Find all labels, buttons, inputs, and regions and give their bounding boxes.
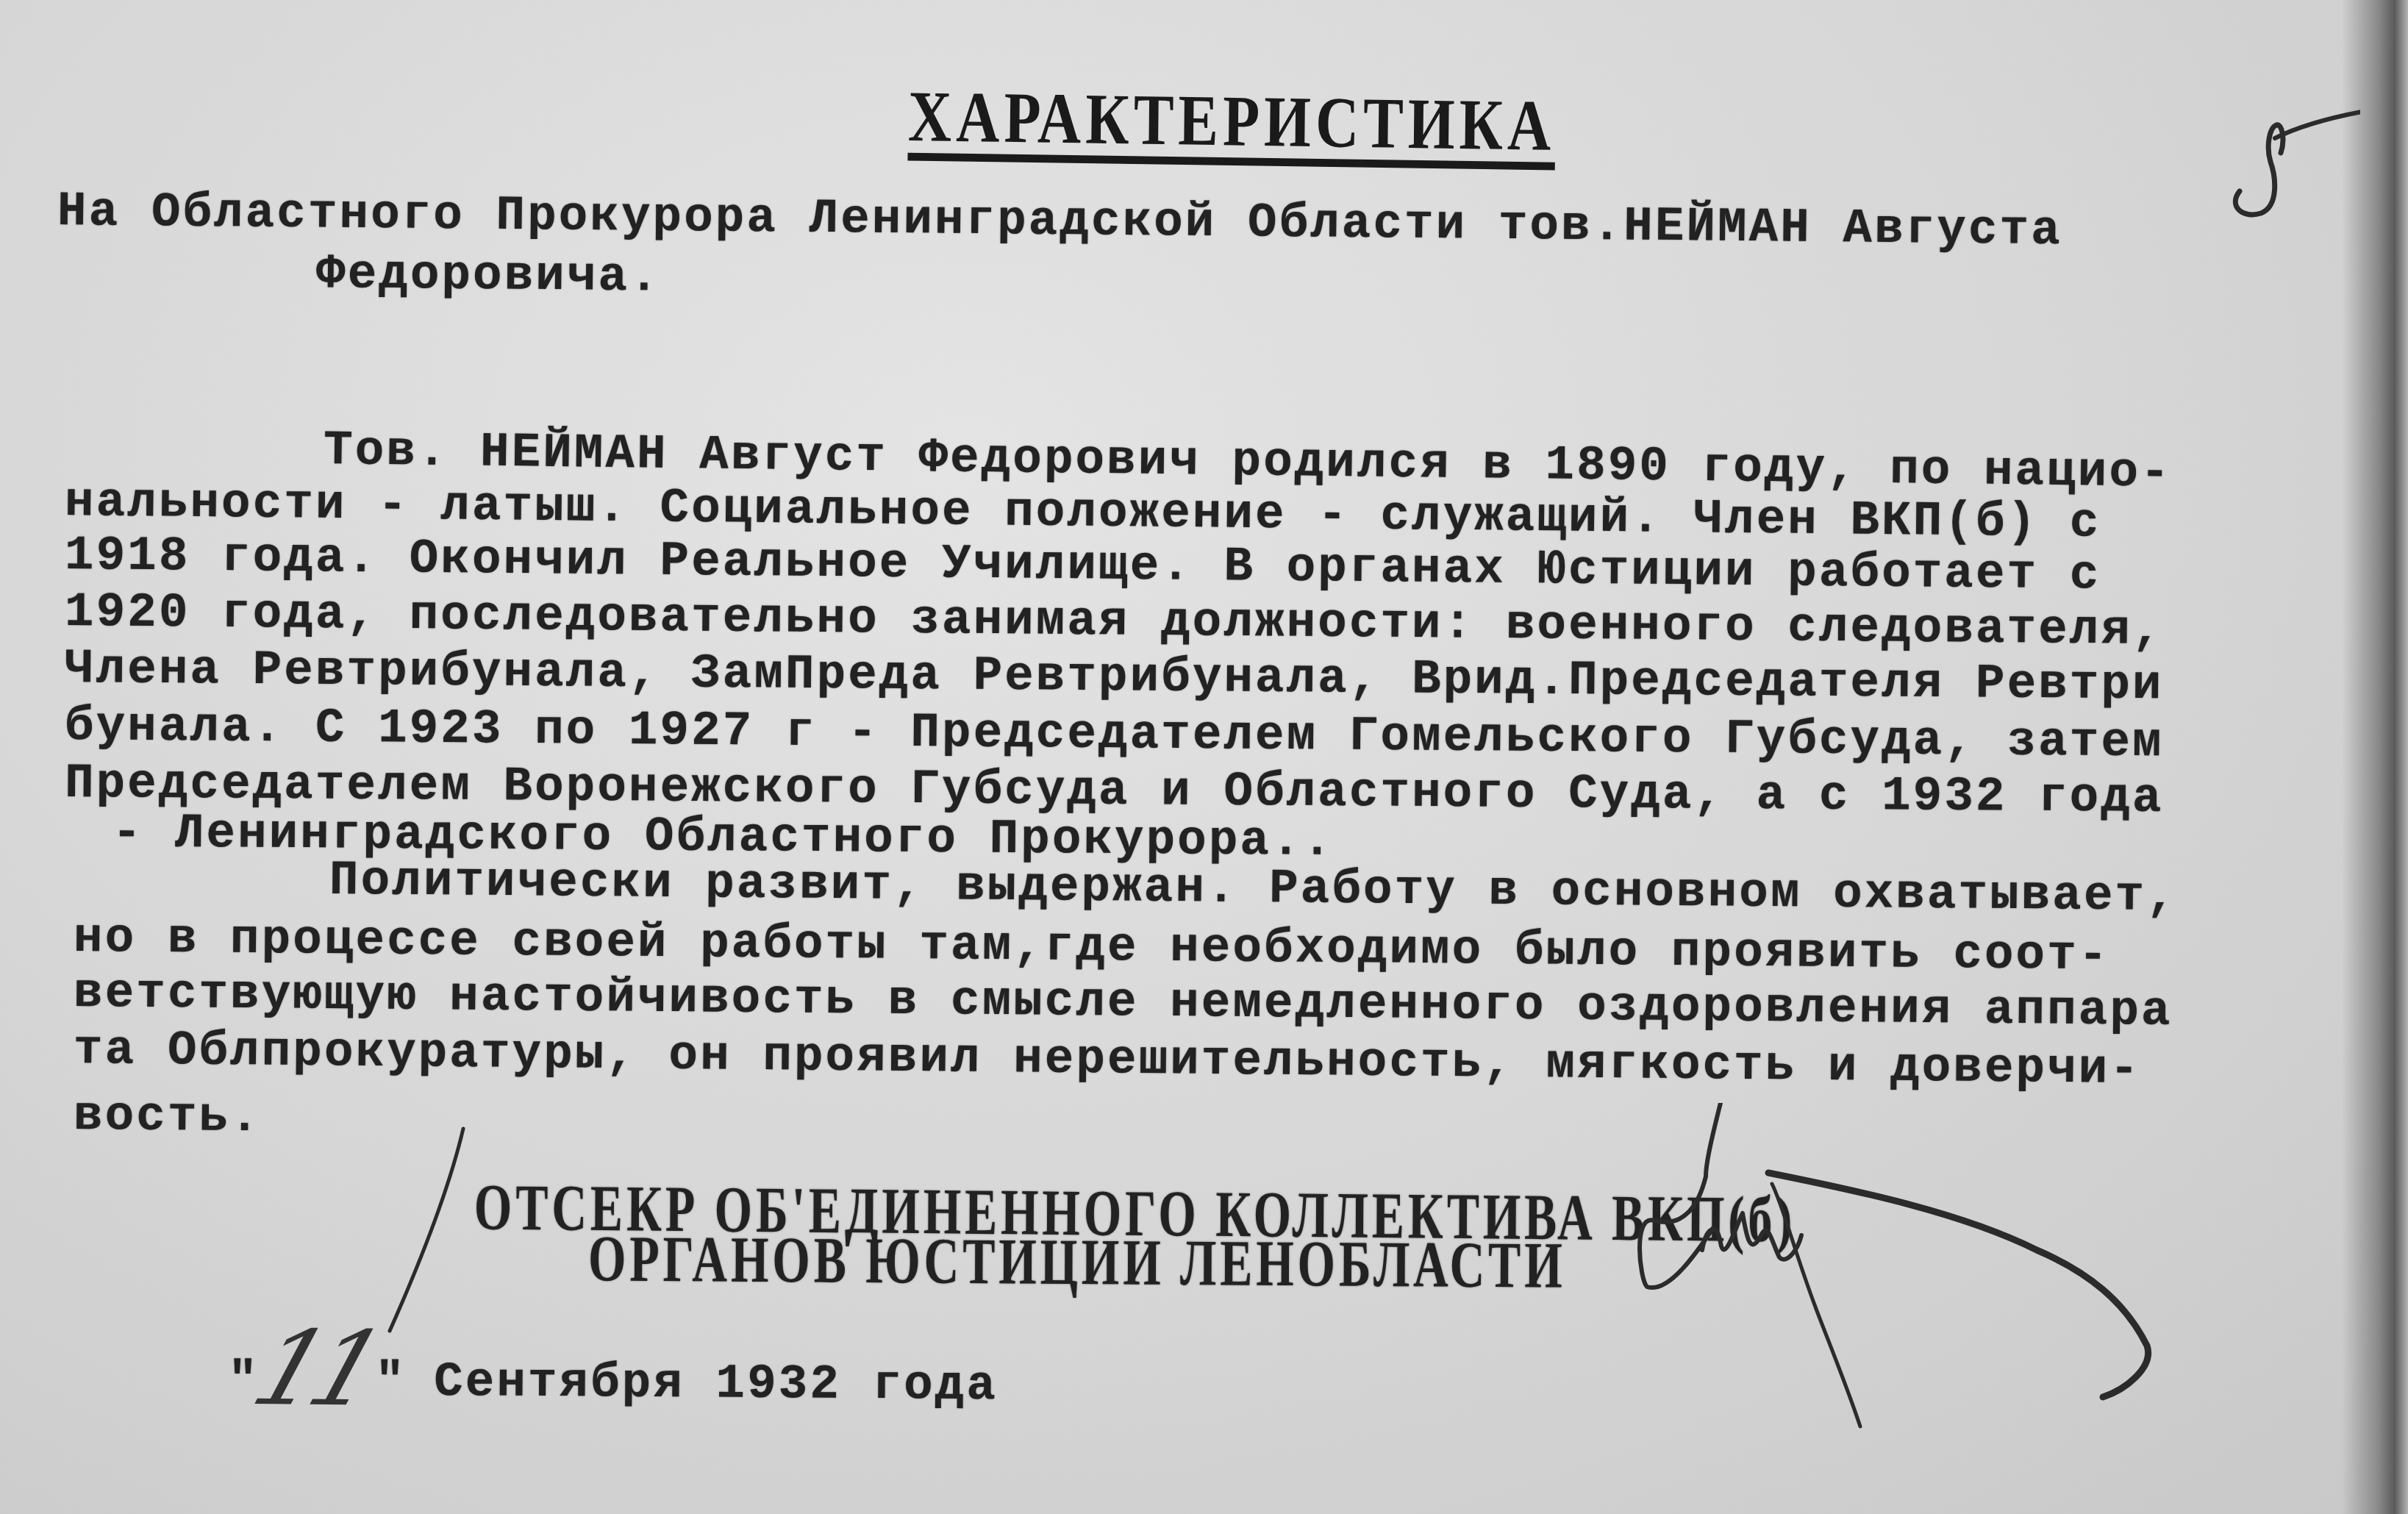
subject-line-2: Федоровича. bbox=[316, 246, 661, 304]
document-title: ХАРАКТЕРИСТИКА bbox=[907, 75, 1555, 168]
page-edge-shadow bbox=[2342, 0, 2408, 1514]
date-close-quote: " bbox=[375, 1354, 407, 1409]
signature-block-line-2: ОРГАНОВ ЮСТИЦИИ ЛЕНОБЛАСТИ bbox=[588, 1222, 1566, 1304]
date-line: " 11 " Сентября 1932 года bbox=[228, 1353, 243, 1419]
date-text: Сентября 1932 года bbox=[434, 1354, 998, 1413]
body-line-13: вость. bbox=[74, 1088, 262, 1145]
